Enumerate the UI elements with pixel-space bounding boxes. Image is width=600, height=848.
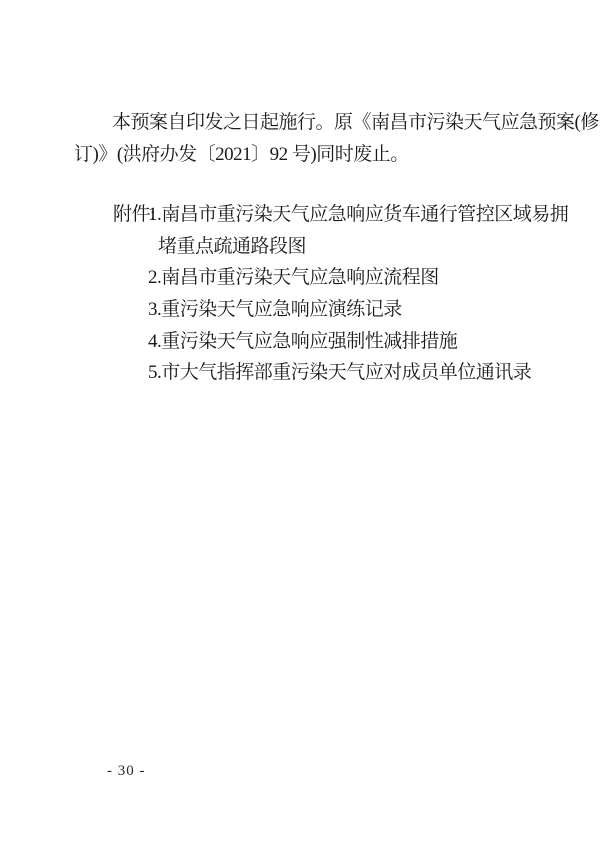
paragraph-line: 本预案自印发之日起施行。原《南昌市污染天气应急预案(修	[74, 107, 534, 139]
attachments-list: 1.南昌市重污染天气应急响应货车通行管控区域易拥 堵重点疏通路段图 2.南昌市重…	[148, 199, 568, 389]
attachment-item-4: 4.重污染天气应急响应强制性减排措施	[148, 326, 568, 358]
attachment-item-1: 1.南昌市重污染天气应急响应货车通行管控区域易拥	[148, 199, 568, 231]
page-number: - 30 -	[107, 762, 146, 780]
document-page: 本预案自印发之日起施行。原《南昌市污染天气应急预案(修 订)》(洪府办发〔202…	[0, 0, 600, 848]
paragraph-line: 订)》(洪府办发〔2021〕92 号)同时废止。	[74, 139, 534, 171]
attachment-item-2: 2.南昌市重污染天气应急响应流程图	[148, 262, 568, 294]
attachment-item-1-continuation: 堵重点疏通路段图	[148, 231, 568, 263]
attachment-item-5: 5.市大气指挥部重污染天气应对成员单位通讯录	[148, 357, 568, 389]
attachment-item-3: 3.重污染天气应急响应演练记录	[148, 294, 568, 326]
paragraph-repeal-clause: 本预案自印发之日起施行。原《南昌市污染天气应急预案(修 订)》(洪府办发〔202…	[74, 107, 534, 170]
